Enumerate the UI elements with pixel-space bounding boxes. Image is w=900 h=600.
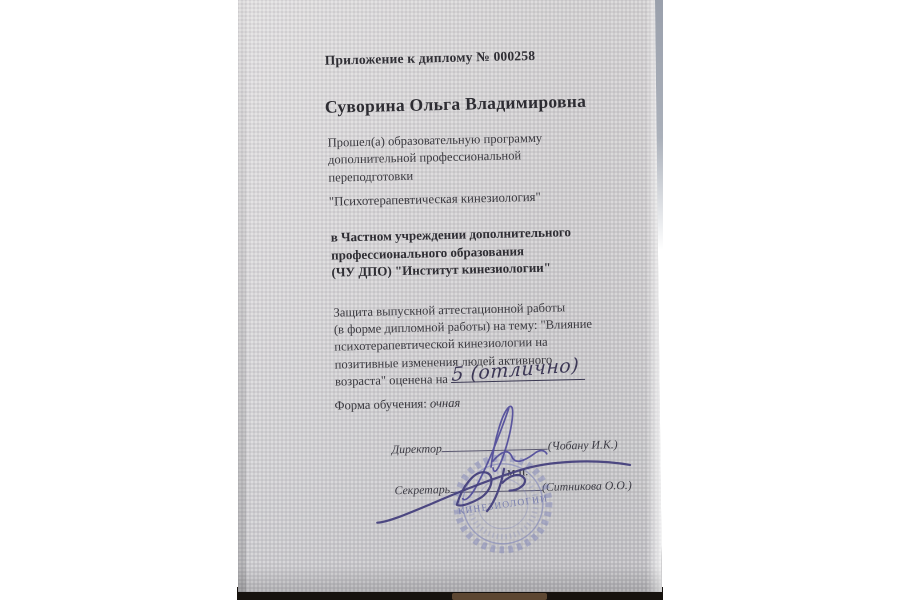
- photo-frame: Приложение к диплому № 000258 Суворина О…: [0, 0, 900, 600]
- book-edge-accent: [452, 593, 547, 600]
- secretary-name: (Ситникова О.О.): [542, 478, 632, 494]
- seal-place-mark: М.П.: [507, 467, 529, 477]
- director-signature-line: [442, 438, 548, 452]
- program-name: "Психотерапевтическая кинезиология": [329, 190, 541, 210]
- stamp-center-text: КИНЕЗИОЛОГИИ: [457, 494, 548, 517]
- director-label: Директор: [391, 441, 442, 456]
- institution-name: в Частном учреждении дополнительного про…: [331, 223, 572, 281]
- secretary-label: Секретарь: [394, 482, 450, 497]
- document-page: Приложение к диплому № 000258 Суворина О…: [238, 0, 662, 592]
- study-form-value: очная: [430, 396, 461, 411]
- round-stamp-icon: КИНЕЗИОЛОГИИ: [456, 457, 550, 551]
- document-content: Приложение к диплому № 000258 Суворина О…: [231, 0, 668, 597]
- study-form-label: Форма обучения:: [334, 397, 426, 413]
- grade-line-text: возраста" оценена на: [335, 372, 448, 389]
- program-intro: Прошел(а) образовательную программу допо…: [327, 130, 543, 187]
- director-name: (Чобану И.К.): [548, 437, 618, 453]
- grade-underline: 5 (отлично): [451, 367, 585, 383]
- study-form-line: Форма обучения: очная: [334, 396, 460, 414]
- director-signature-row: Директор(Чобану И.К.): [391, 436, 617, 457]
- secretary-signature-row: Секретарь(Ситникова О.О.): [394, 477, 632, 498]
- secretary-signature-line: [450, 479, 542, 493]
- document-title: Приложение к диплому № 000258: [325, 48, 536, 69]
- holder-name: Суворина Ольга Владимировна: [325, 91, 587, 118]
- ink-overlay: КИНЕЗИОЛОГИИ: [231, 0, 668, 597]
